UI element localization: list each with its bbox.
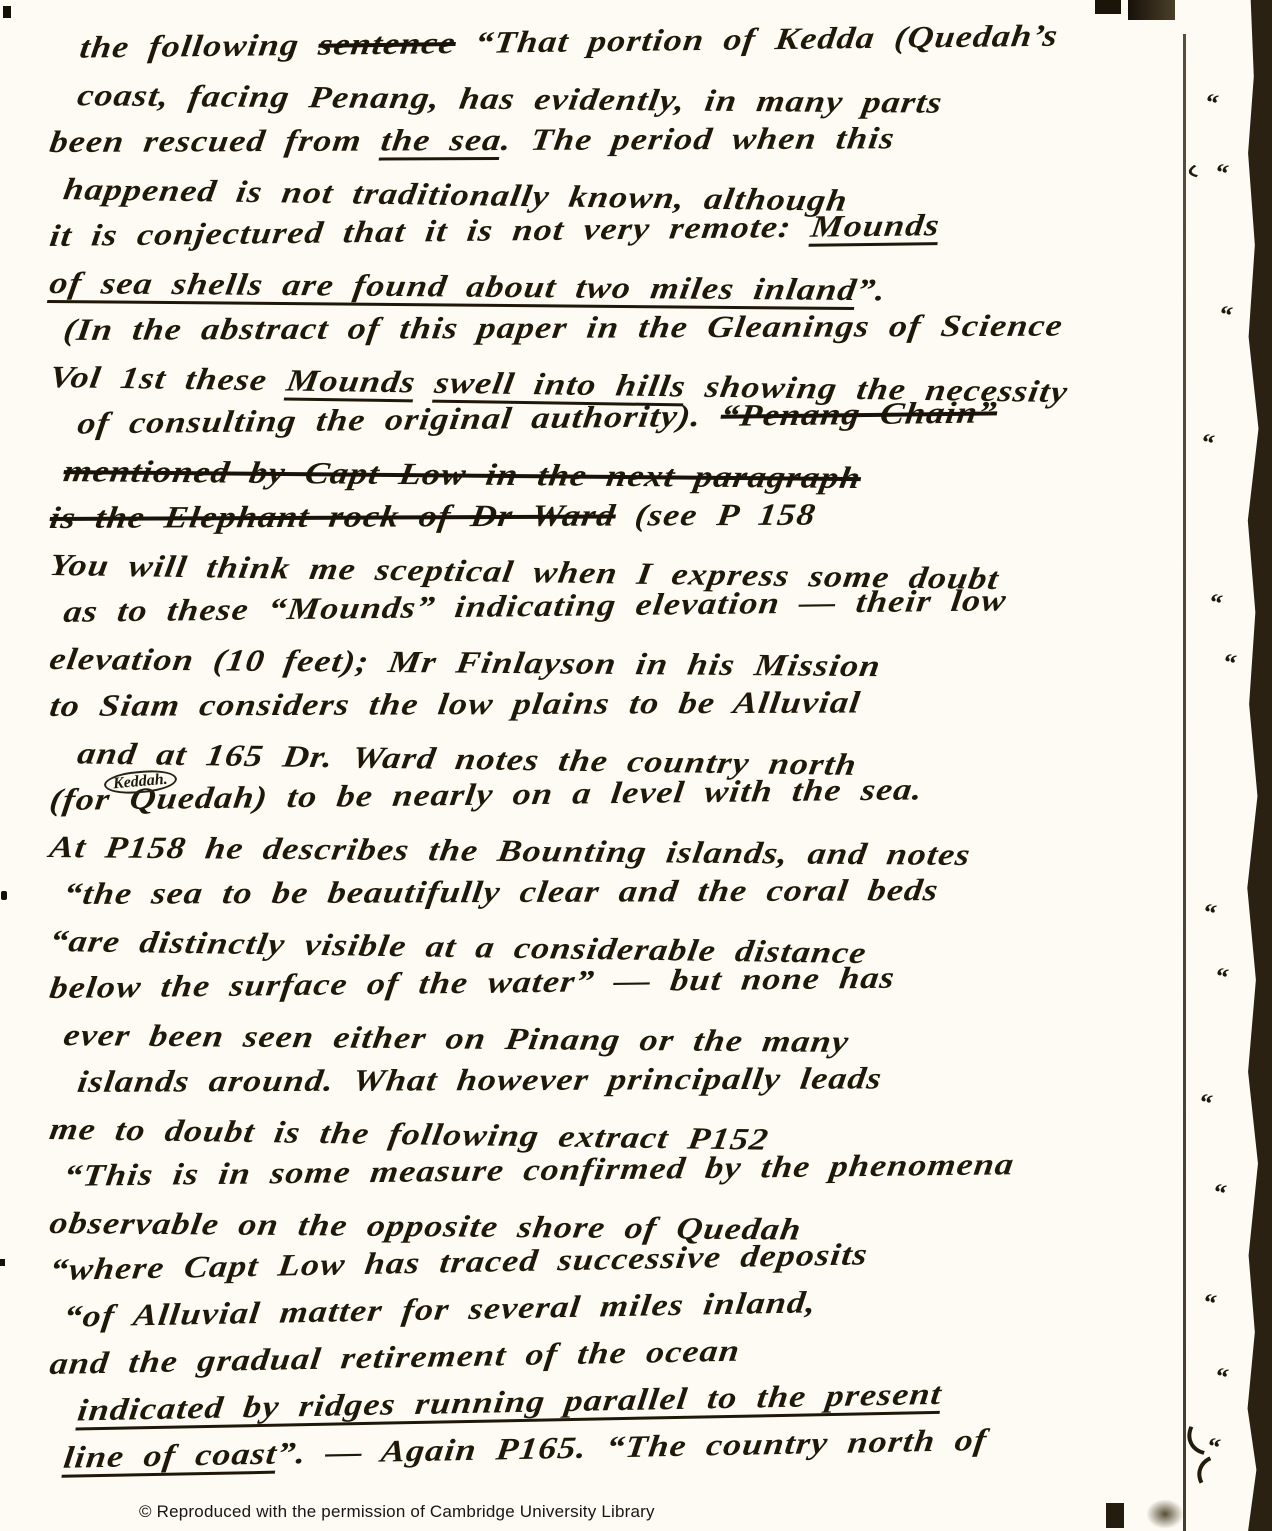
text-segment: ever been seen either on Pinang or the m… bbox=[61, 1017, 852, 1059]
ditto-mark: “ bbox=[1201, 87, 1221, 119]
ditto-mark: “ bbox=[1215, 299, 1235, 331]
manuscript-line: “the sea to be beautifully clear and the… bbox=[47, 864, 1272, 917]
text-segment: to Siam considers the low plains to be A… bbox=[48, 684, 864, 723]
text-segment: line of coast bbox=[62, 1436, 280, 1475]
text-segment: of consulting the original authority). bbox=[76, 398, 724, 441]
text-segment: Vol 1st these bbox=[47, 359, 289, 397]
text-segment: mentioned by Capt Low in the next paragr… bbox=[61, 453, 863, 495]
text-segment: . The period when this bbox=[499, 120, 897, 157]
text-segment: sentence bbox=[317, 25, 459, 62]
text-segment: (see P 158 bbox=[613, 497, 818, 533]
manuscript-text: the following sentence “That portion of … bbox=[50, 24, 1185, 1481]
text-segment: of sea shells are found about two miles … bbox=[47, 265, 859, 307]
ditto-mark: “ bbox=[1209, 1177, 1229, 1209]
text-segment: islands around. What however principally… bbox=[75, 1060, 884, 1099]
scan-page: the following sentence “That portion of … bbox=[0, 0, 1272, 1531]
text-segment: is the Elephant rock of Dr Ward bbox=[48, 498, 619, 535]
left-edge-mark-1 bbox=[1, 891, 7, 900]
manuscript-line: is the Elephant rock of Dr Ward (see P 1… bbox=[47, 488, 1272, 541]
ditto-mark: “ bbox=[1197, 427, 1217, 459]
text-segment: ”. — Again P165. “The country north of bbox=[275, 1422, 989, 1471]
corner-registration-mark bbox=[3, 6, 11, 18]
ditto-mark: “ bbox=[1219, 647, 1239, 679]
manuscript-line: (In the abstract of this paper in the Gl… bbox=[47, 300, 1272, 353]
ditto-mark: “ bbox=[1199, 897, 1219, 929]
text-segment: the sea bbox=[379, 122, 504, 158]
text-segment: Mounds bbox=[809, 207, 942, 244]
copyright-notice: © Reproduced with the permission of Camb… bbox=[139, 1502, 655, 1522]
ditto-mark: “ bbox=[1211, 961, 1231, 993]
manuscript-line: the following sentence “That portion of … bbox=[47, 8, 1272, 71]
manuscript-line: been rescued from the sea. The period wh… bbox=[47, 112, 1272, 165]
manuscript-line: islands around. What however principally… bbox=[47, 1052, 1272, 1105]
ditto-mark: “ bbox=[1199, 1287, 1219, 1319]
text-segment: “This is in some measure confirmed by th… bbox=[62, 1146, 1017, 1193]
text-segment: “That portion of Kedda (Quedah’s bbox=[454, 18, 1061, 60]
text-segment: “Penang Chain” bbox=[719, 394, 1000, 432]
text-segment: “of Alluvial matter for several miles in… bbox=[62, 1284, 819, 1334]
text-segment: At P158 he describes the Bounting island… bbox=[47, 829, 973, 872]
ditto-mark: “ bbox=[1211, 1361, 1231, 1393]
film-frame-mark-2 bbox=[1128, 0, 1175, 20]
text-segment: (for Quedah) to be nearly on a level wit… bbox=[48, 771, 925, 817]
text-segment: as to these “Mounds” indicating elevatio… bbox=[62, 582, 1009, 629]
text-segment: it is conjectured that it is not very re… bbox=[48, 209, 814, 253]
manuscript-line: to Siam considers the low plains to be A… bbox=[47, 676, 1272, 729]
text-segment: below the surface of the water” — but no… bbox=[48, 960, 898, 1005]
text-segment: and the gradual retirement of the ocean bbox=[48, 1333, 742, 1381]
bottom-edge-smudge bbox=[1146, 1499, 1184, 1529]
page-fold-line bbox=[1183, 34, 1186, 1531]
ditto-mark: “ bbox=[1205, 587, 1225, 619]
text-segment: the following bbox=[78, 27, 321, 65]
left-edge-mark-2 bbox=[0, 1259, 5, 1266]
text-segment: been rescued from bbox=[48, 123, 384, 159]
text-segment: (In the abstract of this paper in the Gl… bbox=[62, 308, 1066, 347]
text-segment: elevation (10 feet); Mr Finlayson in his… bbox=[47, 641, 883, 683]
text-segment: Mounds bbox=[284, 363, 418, 400]
text-segment: “the sea to be beautifully clear and the… bbox=[62, 872, 942, 911]
bottom-edge-mark bbox=[1106, 1503, 1124, 1528]
adjacent-page-strip: “““““““““““““ bbox=[1188, 0, 1246, 1531]
text-segment: coast, facing Penang, has evidently, in … bbox=[75, 77, 945, 120]
ditto-mark: “ bbox=[1195, 1087, 1215, 1119]
film-frame-mark-1 bbox=[1095, 0, 1121, 14]
